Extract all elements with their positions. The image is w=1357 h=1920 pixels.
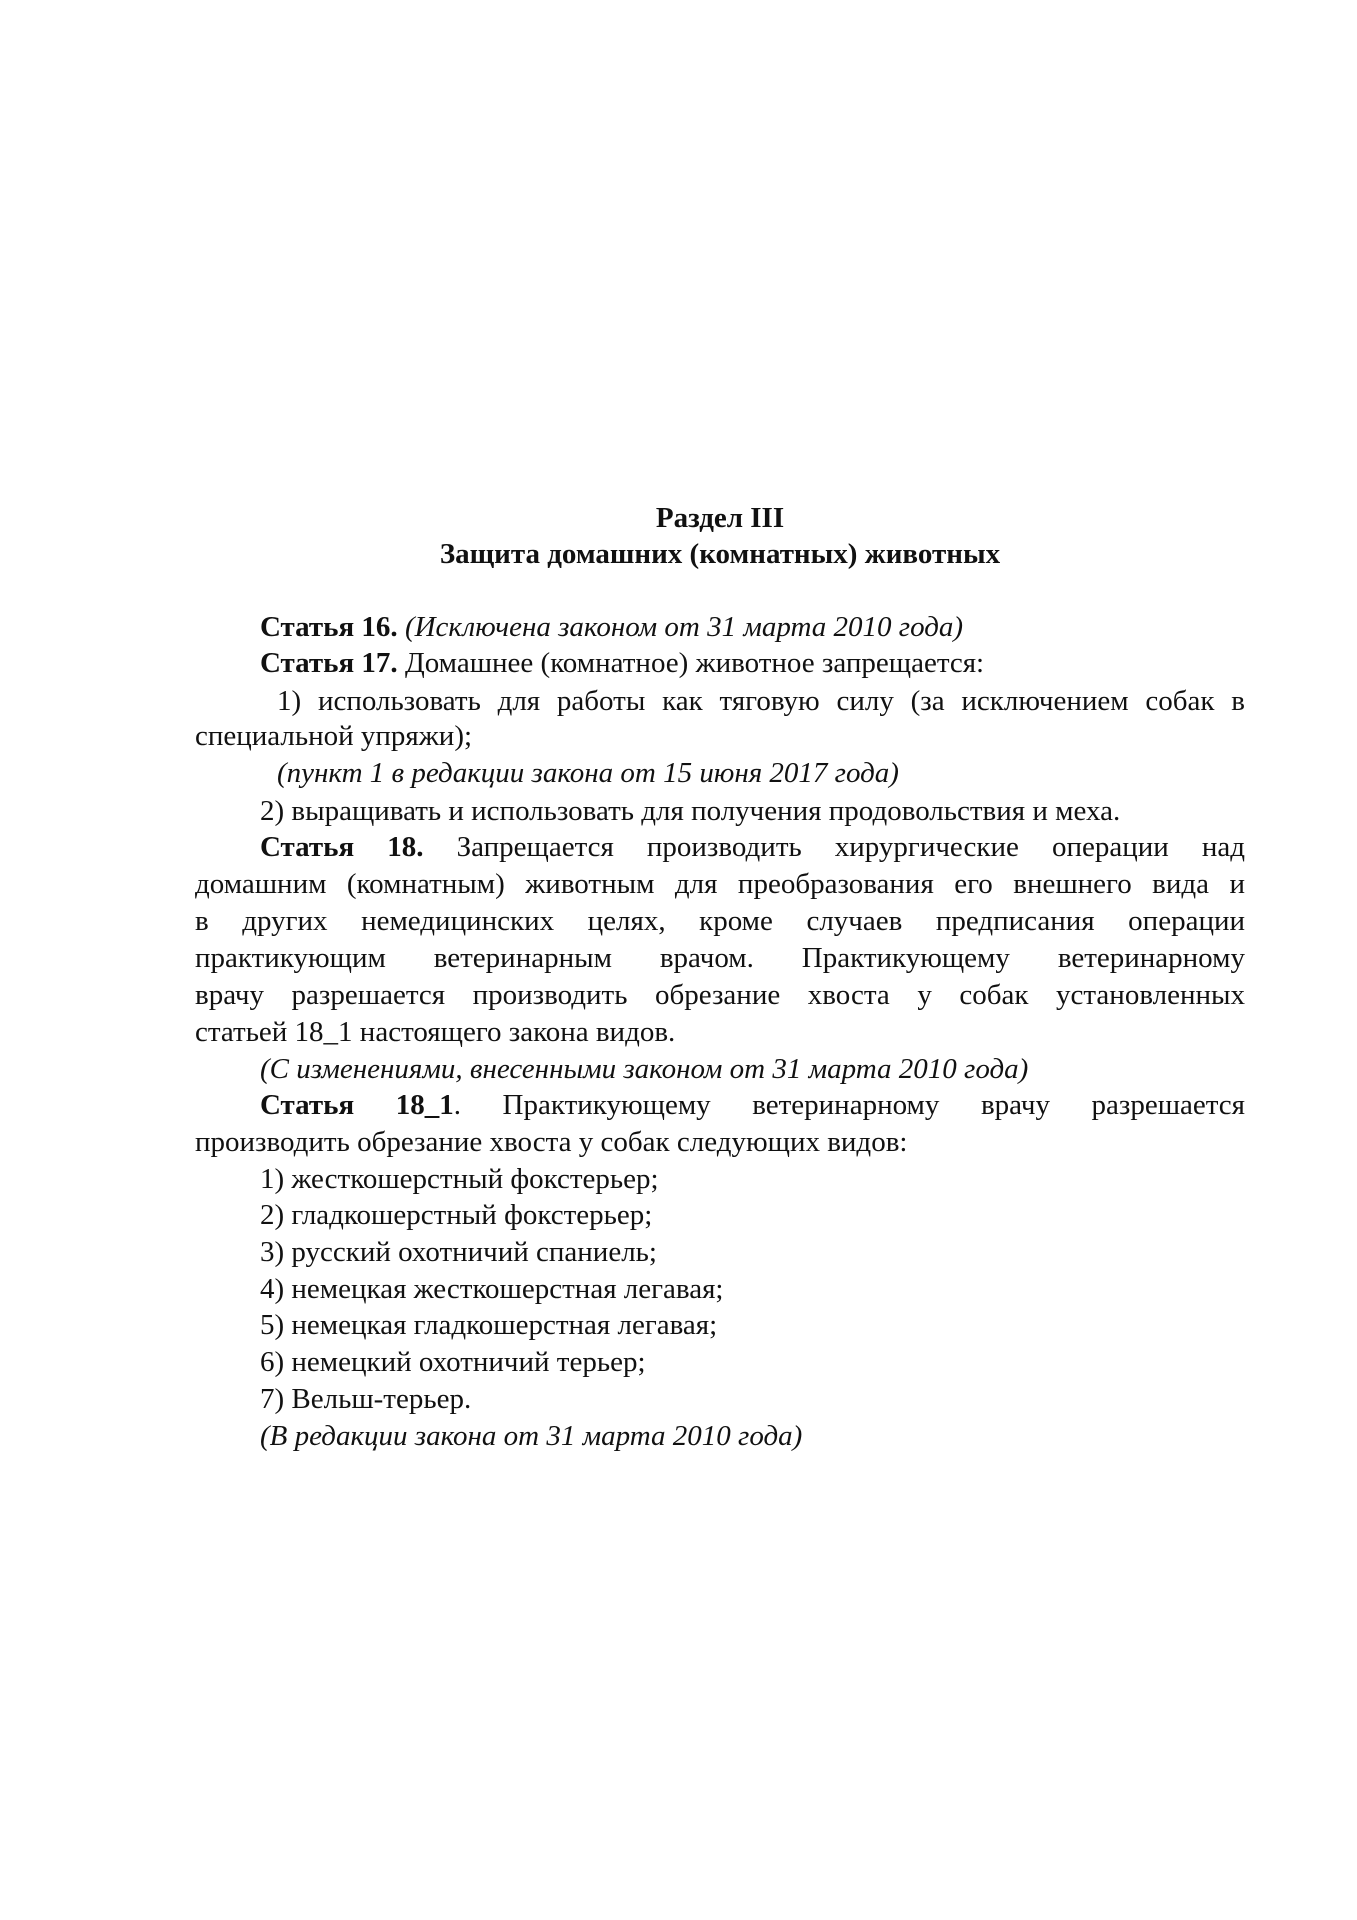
article-16-label: Статья 16. bbox=[260, 611, 398, 643]
article-18-1-text-1: . Практикующему ветеринарному врачу разр… bbox=[454, 1089, 1245, 1121]
article-17-item-1-line-1: 1) использовать для работы как тяговую с… bbox=[277, 683, 1245, 719]
article-18-1-label: Статья 18_1 bbox=[260, 1089, 454, 1121]
article-17-item-1-note: (пункт 1 в редакции закона от 15 июня 20… bbox=[277, 755, 1245, 791]
article-18-line-3: в других немедицинских целях, кроме случ… bbox=[195, 903, 1245, 939]
article-18-text-1: Запрещается производить хирургические оп… bbox=[457, 831, 1245, 863]
article-17-item-1-line-2: специальной упряжи); bbox=[195, 718, 1245, 754]
article-17-item-2: 2) выращивать и использовать для получен… bbox=[260, 793, 1245, 829]
list-item: 6) немецкий охотничий терьер; bbox=[260, 1344, 1245, 1380]
list-item: 2) гладкошерстный фокстерьер; bbox=[260, 1197, 1245, 1233]
article-16-note: (Исключена законом от 31 марта 2010 года… bbox=[405, 611, 963, 643]
section-number: Раздел III bbox=[195, 500, 1245, 536]
article-17-label: Статья 17. bbox=[260, 647, 398, 679]
section-title: Защита домашних (комнатных) животных bbox=[195, 536, 1245, 572]
article-18-1-line-2: производить обрезание хвоста у собак сле… bbox=[195, 1124, 1245, 1160]
article-18-1-line-1: Статья 18_1. Практикующему ветеринарному… bbox=[260, 1087, 1245, 1123]
article-18-1-note: (В редакции закона от 31 марта 2010 года… bbox=[260, 1418, 1245, 1454]
list-item: 5) немецкая гладкошерстная легавая; bbox=[260, 1307, 1245, 1343]
article-17: Статья 17. Домашнее (комнатное) животное… bbox=[260, 645, 1245, 681]
list-item: 7) Вельш-терьер. bbox=[260, 1381, 1245, 1417]
article-18-line-5: врачу разрешается производить обрезание … bbox=[195, 977, 1245, 1013]
list-item: 1) жесткошерстный фокстерьер; bbox=[260, 1161, 1245, 1197]
article-16: Статья 16. (Исключена законом от 31 март… bbox=[260, 609, 1245, 645]
article-17-text: Домашнее (комнатное) животное запрещаетс… bbox=[405, 647, 984, 679]
article-18-label: Статья 18. bbox=[260, 831, 424, 863]
list-item: 3) русский охотничий спаниель; bbox=[260, 1234, 1245, 1270]
article-18-line-2: домашним (комнатным) животным для преобр… bbox=[195, 866, 1245, 902]
article-18-note: (С изменениями, внесенными законом от 31… bbox=[260, 1051, 1245, 1087]
article-18-line-6: статьей 18_1 настоящего закона видов. bbox=[195, 1014, 1245, 1050]
list-item: 4) немецкая жесткошерстная легавая; bbox=[260, 1271, 1245, 1307]
article-18-line-4: практикующим ветеринарным врачом. Практи… bbox=[195, 940, 1245, 976]
article-18-line-1: Статья 18. Запрещается производить хирур… bbox=[260, 829, 1245, 865]
